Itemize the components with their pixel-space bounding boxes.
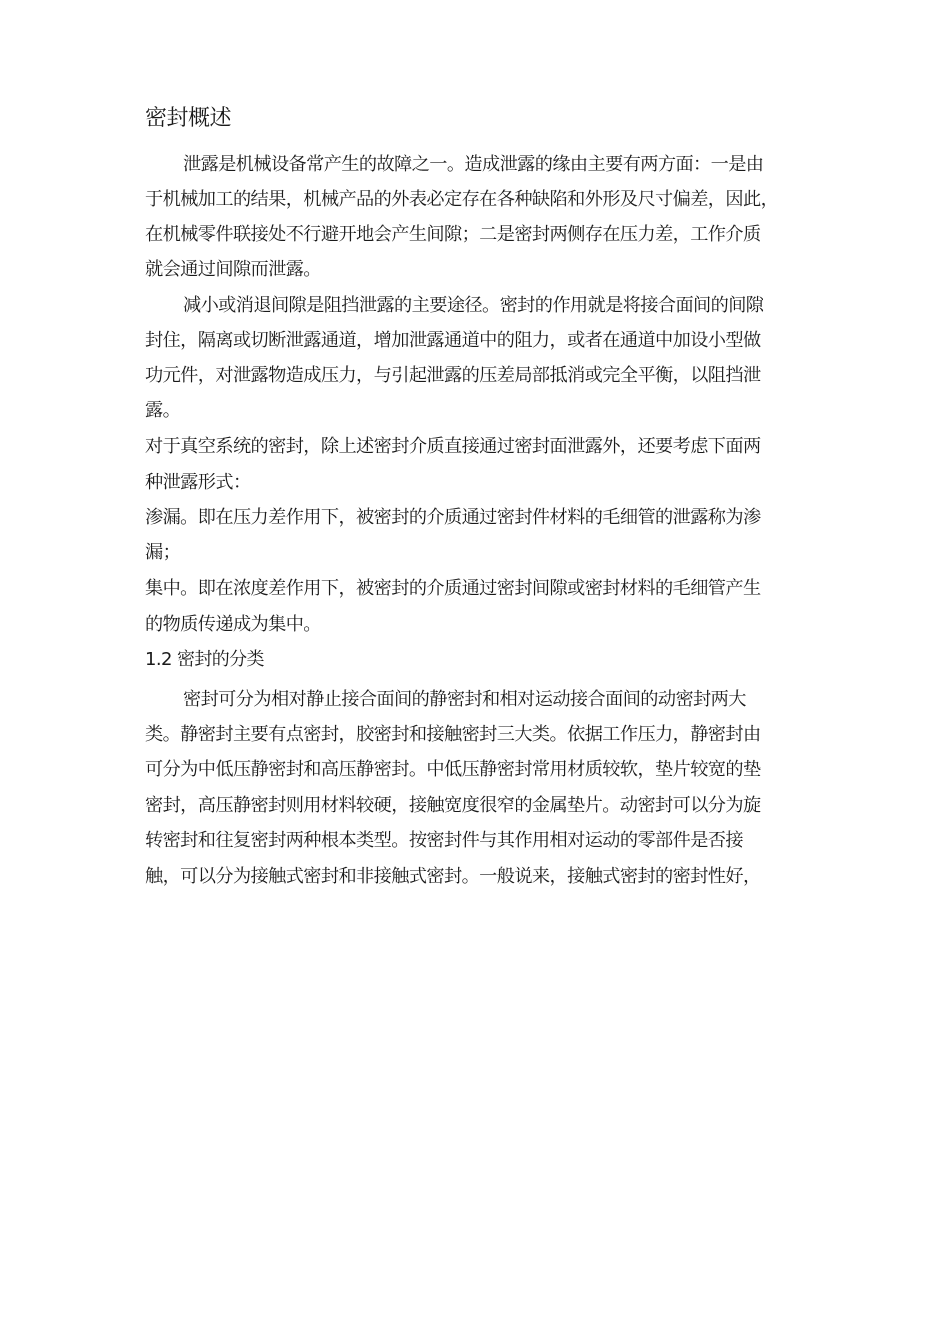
paragraph-2-line-2: 封住，隔离或切断泄露通道，增加泄露通道中的阻力，或者在通道中加设小型做 (145, 329, 761, 353)
paragraph-1-line-3: 在机械零件联接处不行避开地会产生间隙；二是密封两侧存在压力差，工作介质 (145, 223, 761, 247)
paragraph-3-line-2: 种泄露形式： (145, 471, 251, 495)
document-page: 密封概述 泄露是机械设备常产生的故障之一。造成泄露的缘由主要有两方面：一是由 于… (0, 0, 950, 1344)
document-title: 密封概述 (145, 105, 231, 133)
section-heading: 1.2 密封的分类 (145, 648, 264, 672)
paragraph-2-line-1: 减小或消退间隙是阻挡泄露的主要途径。密封的作用就是将接合面间的间隙 (183, 294, 763, 318)
section-paragraph-line-5: 转密封和往复密封两种根本类型。按密封件与其作用相对运动的零部件是否接 (145, 829, 743, 853)
paragraph-2-line-3: 功元件，对泄露物造成压力，与引起泄露的压差局部抵消或完全平衡，以阻挡泄 (145, 364, 761, 388)
paragraph-3-line-1: 对于真空系统的密封，除上述密封介质直接通过密封面泄露外，还要考虑下面两 (145, 435, 761, 459)
paragraph-4-line-2: 漏； (145, 541, 180, 565)
paragraph-5-line-1: 集中。即在浓度差作用下，被密封的介质通过密封间隙或密封材料的毛细管产生 (145, 577, 761, 601)
section-paragraph-line-6: 触，可以分为接触式密封和非接触式密封。一般说来，接触式密封的密封性好， (145, 865, 761, 889)
paragraph-5-line-2: 的物质传递成为集中。 (145, 613, 321, 637)
section-paragraph-line-3: 可分为中低压静密封和高压静密封。中低压静密封常用材质较软，垫片较宽的垫 (145, 758, 761, 782)
paragraph-1-line-4: 就会通过间隙而泄露。 (145, 258, 321, 282)
paragraph-1-line-2: 于机械加工的结果，机械产品的外表必定存在各种缺陷和外形及尺寸偏差，因此， (145, 188, 778, 212)
section-paragraph-line-2: 类。静密封主要有点密封，胶密封和接触密封三大类。依据工作压力，静密封由 (145, 723, 761, 747)
paragraph-2-line-4: 露。 (145, 399, 180, 423)
section-paragraph-line-1: 密封可分为相对静止接合面间的静密封和相对运动接合面间的动密封两大 (183, 688, 746, 712)
paragraph-4-line-1: 渗漏。即在压力差作用下，被密封的介质通过密封件材料的毛细管的泄露称为渗 (145, 506, 761, 530)
section-paragraph-line-4: 密封，高压静密封则用材料较硬，接触宽度很窄的金属垫片。动密封可以分为旋 (145, 794, 761, 818)
paragraph-1-line-1: 泄露是机械设备常产生的故障之一。造成泄露的缘由主要有两方面：一是由 (183, 153, 763, 177)
